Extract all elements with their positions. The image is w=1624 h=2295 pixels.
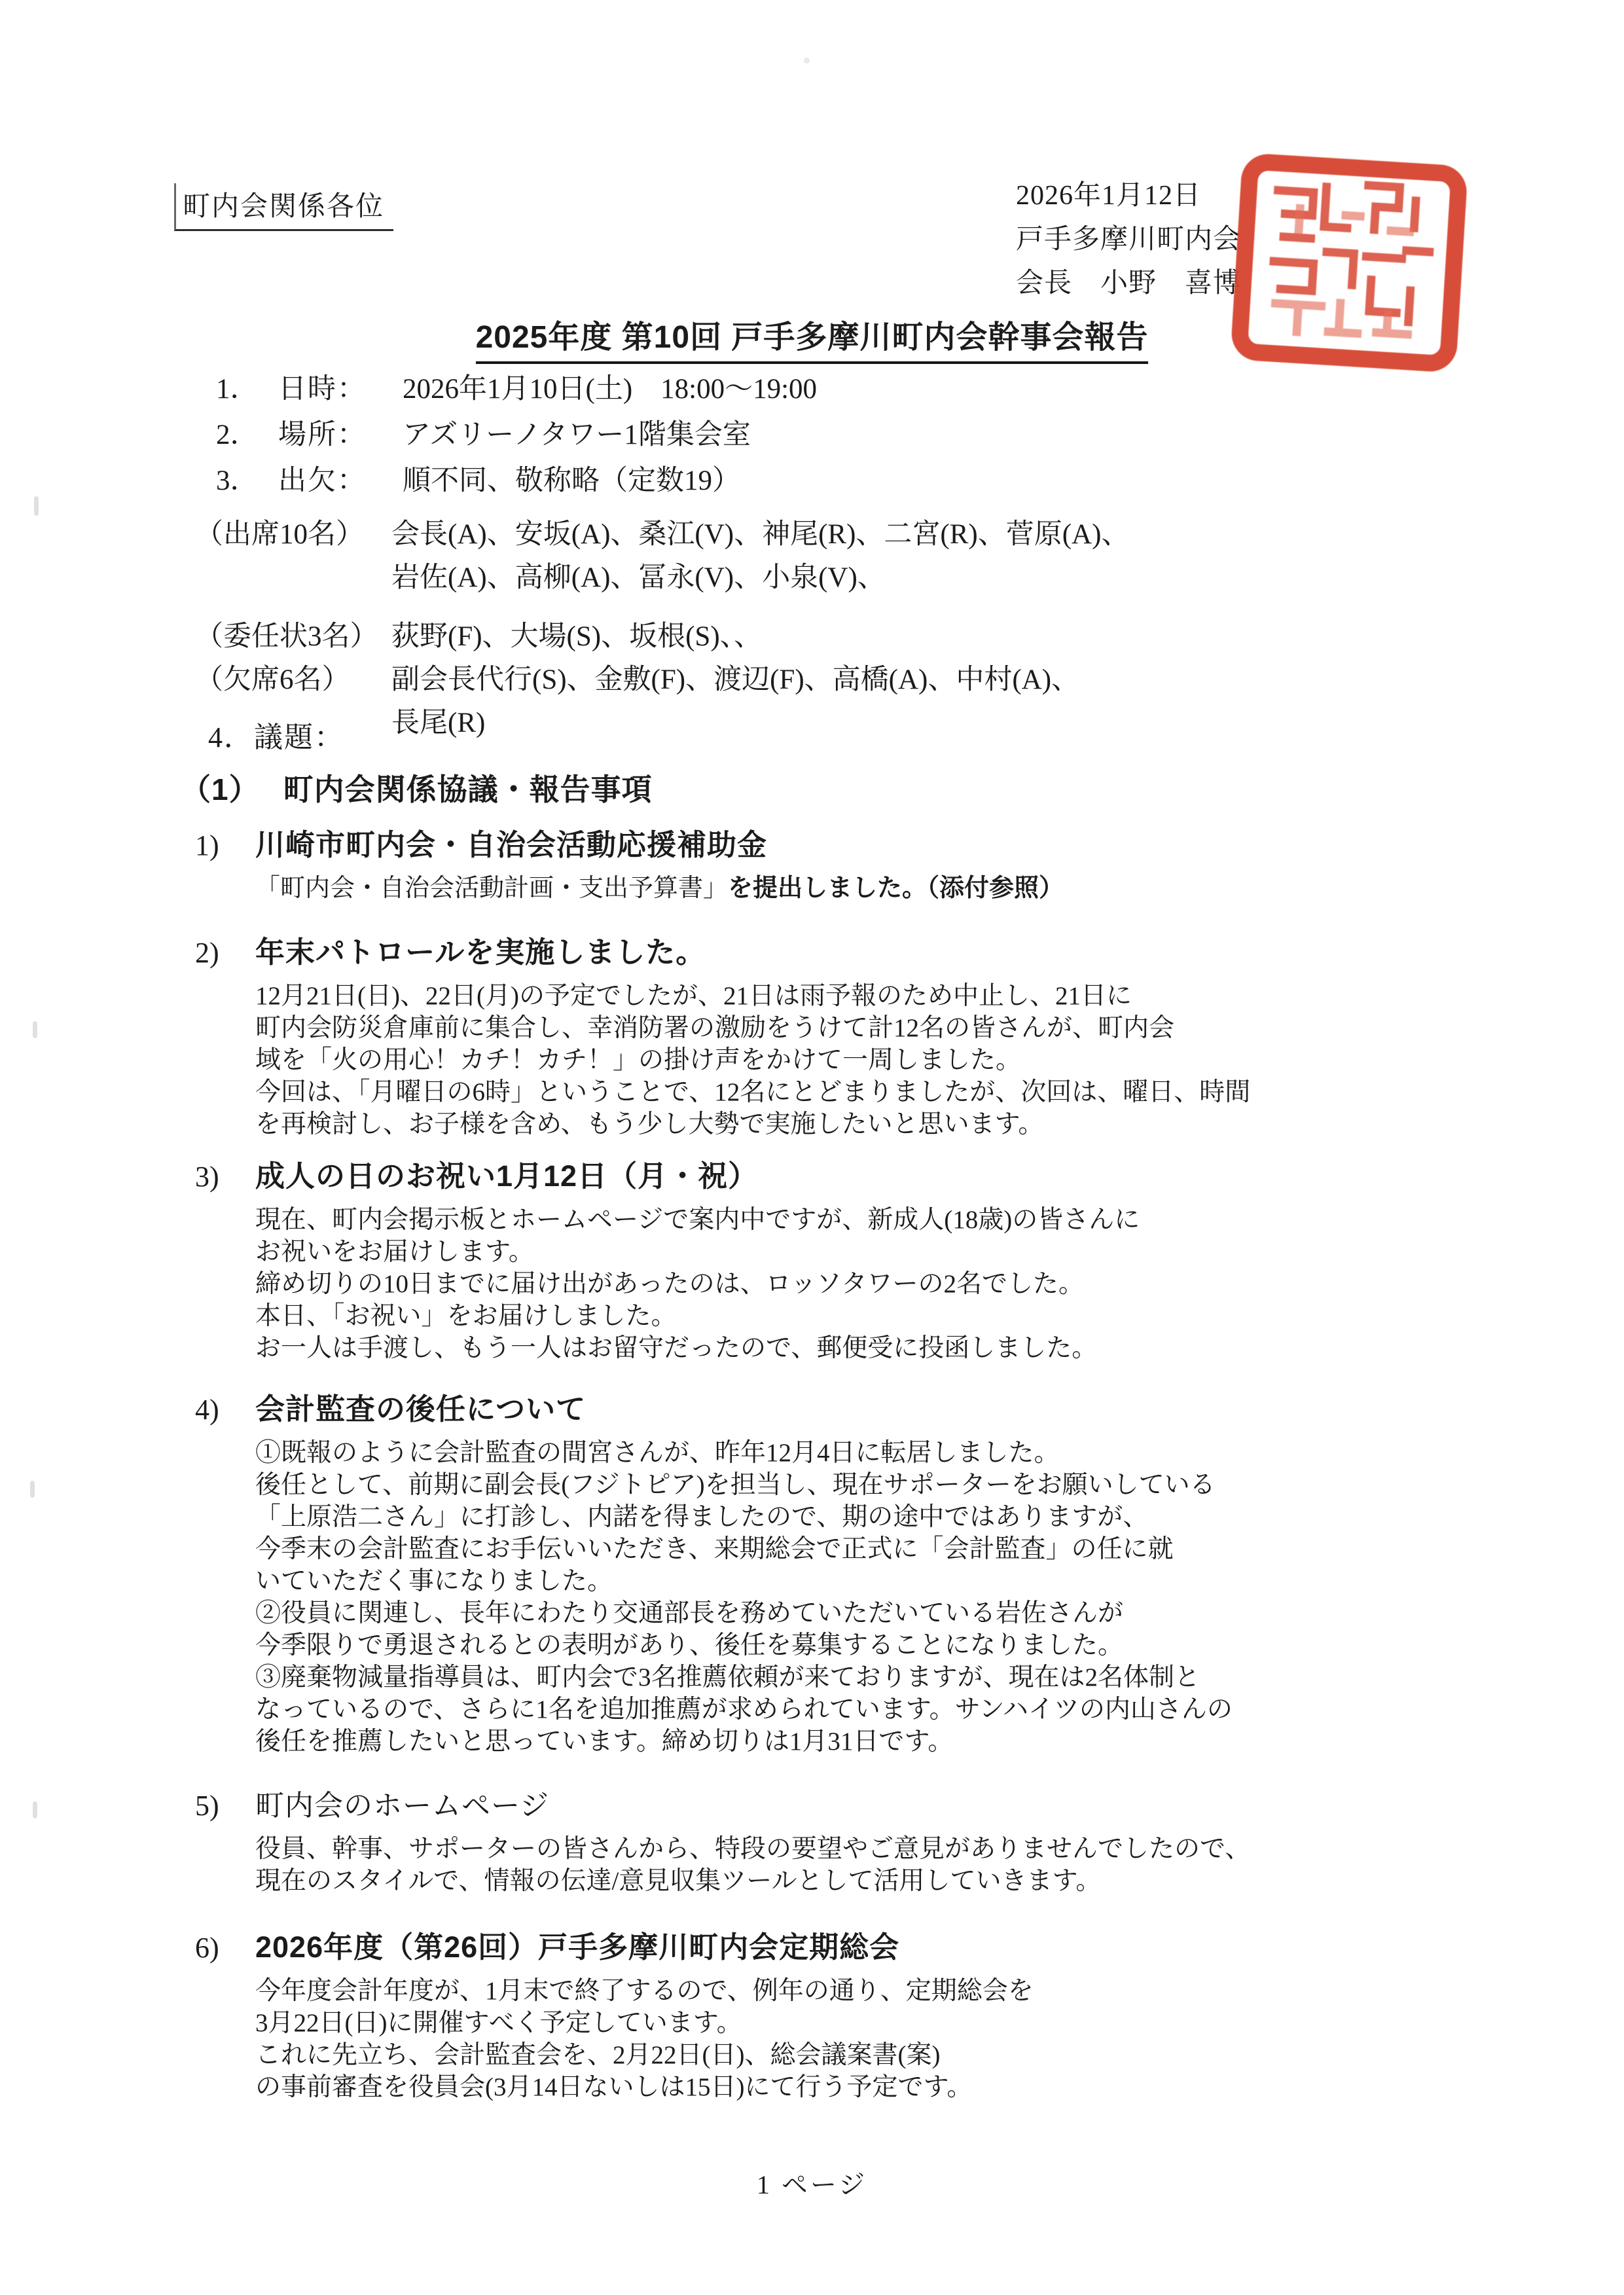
item-body-line: 「町内会・自治会活動計画・支出予算書」を提出しました。（添付参照） — [255, 867, 1064, 903]
attendance-line: 荻野(F)、大場(S)、坂根(S)、、 — [391, 615, 762, 659]
meta-value: アズリーノタワー1階集会室 — [403, 420, 751, 450]
item-title: 成人の日のお祝い1月12日（月・祝） — [255, 1152, 758, 1195]
item-body: 現在、町内会掲示板とホームページで案内中ですが、新成人(18歳)の皆さんに お祝… — [255, 1204, 1140, 1364]
item-number: 2) — [195, 936, 255, 969]
scan-artifact — [30, 1481, 35, 1498]
body-line: の事前審査を役員会(3月14日ないしは15日)にて行う予定です。 — [255, 2071, 1034, 2103]
item-body: ①既報のように会計監査の間宮さんが、昨年12月4日に転居しました。 後任として、… — [255, 1437, 1233, 1758]
attendance-proxy-row: （委任状3名） 荻野(F)、大場(S)、坂根(S)、、 — [195, 615, 1129, 659]
body-line: 後任を推薦したいと思っています。締め切りは1月31日です。 — [255, 1726, 1233, 1758]
item-number: 6) — [195, 1931, 255, 1964]
body-line: 現在、町内会掲示板とホームページで案内中ですが、新成人(18歳)の皆さんに — [255, 1204, 1140, 1236]
meta-row-attendance: 3．出欠：順不同、敬称略（定数19） — [216, 458, 817, 504]
attendance-line: 長尾(R) — [391, 702, 1129, 745]
body-line: いていただく事になりました。 — [255, 1565, 1233, 1597]
body-line: 締め切りの10日までに届け出があったのは、ロッソタワーの2名でした。 — [255, 1268, 1140, 1300]
body-line: 今回は、「月曜日の6時」ということで、12名にとどまりましたが、次回は、曜日、時… — [255, 1076, 1250, 1108]
item-head: 2) 年末パトロールを実施しました。 — [195, 928, 1250, 971]
attendance-proxy-label: （委任状3名） — [195, 615, 391, 659]
body-line: 今年度会計年度が、1月末で終了するので、例年の通り、定期総会を — [255, 1975, 1034, 2007]
item-title: 町内会のホームページ — [255, 1782, 549, 1824]
organization-name: 戸手多摩川町内会 — [1016, 218, 1241, 262]
meta-row-place: 2．場所：アズリーノタワー1階集会室 — [216, 412, 817, 458]
agenda-item-5: 5) 町内会のホームページ 役員、幹事、サポーターの皆さんから、特段の要望やご意… — [195, 1782, 1250, 1897]
meta-label: 出欠： — [278, 458, 403, 504]
meta-value: 順不同、敬称略（定数19） — [403, 465, 740, 496]
body-line: ①既報のように会計監査の間宮さんが、昨年12月4日に転居しました。 — [255, 1437, 1233, 1469]
agenda-item-4: 4) 会計監査の後任について ①既報のように会計監査の間宮さんが、昨年12月4日… — [195, 1385, 1233, 1758]
scan-artifact — [34, 496, 39, 516]
body-line: 本日、「お祝い」をお届けしました。 — [255, 1300, 1140, 1332]
attendance-absent-row: （欠席6名） 副会長代行(S)、金敷(F)、渡辺(F)、高橋(A)、中村(A)、 — [195, 659, 1129, 702]
body-line: なっているので、さらに1名を追加推薦が求められています。サンハイツの内山さんの — [255, 1693, 1233, 1726]
meta-value: 2026年1月10日(土) 18:00～19:00 — [403, 374, 817, 405]
item-number: 4) — [195, 1393, 255, 1426]
meta-label: 日時： — [278, 367, 403, 412]
item-body: 今年度会計年度が、1月末で終了するので、例年の通り、定期総会を 3月22日(日)… — [255, 1975, 1034, 2103]
item-head: 3) 成人の日のお祝い1月12日（月・祝） — [195, 1152, 1140, 1195]
meta-number: 1． — [216, 367, 278, 412]
item-number: 3) — [195, 1160, 255, 1193]
meta-number: 2． — [216, 412, 278, 458]
scanned-report-page: 町内会関係各位 2026年1月12日 戸手多摩川町内会 会長 小野 喜博 — [0, 0, 1624, 2295]
body-line: 「上原浩二さん」に打診し、内諾を得ましたので、期の途中ではありますが、 — [255, 1501, 1233, 1533]
agenda-item-2: 2) 年末パトロールを実施しました。 12月21日(日)、22日(月)の予定でし… — [195, 928, 1250, 1140]
scan-artifact — [804, 58, 810, 63]
item-body: 12月21日(日)、22日(月)の予定でしたが、21日は雨予報のため中止し、21… — [255, 980, 1250, 1140]
attendance-line: 会長(A)、安坂(A)、桑江(V)、神尾(R)、二宮(R)、菅原(A)、 — [391, 513, 1129, 556]
attendance-line: 副会長代行(S)、金敷(F)、渡辺(F)、高橋(A)、中村(A)、 — [391, 659, 1079, 702]
body-line: 域を「火の用心！カチ！カチ！」の掛け声をかけて一周しました。 — [255, 1044, 1250, 1076]
item-head: 6) 2026年度（第26回）戸手多摩川町内会定期総会 — [195, 1923, 1034, 1966]
body-line: お一人は手渡し、もう一人はお留守だったので、郵便受に投函しました。 — [255, 1332, 1140, 1364]
sender-block: 2026年1月12日 戸手多摩川町内会 会長 小野 喜博 — [1016, 174, 1241, 306]
addressee: 町内会関係各位 — [174, 183, 393, 231]
item-number: 5) — [195, 1789, 255, 1822]
section-title: 町内会関係協議・報告事項 — [283, 772, 653, 806]
item-title: 会計監査の後任について — [255, 1385, 586, 1428]
meta-row-datetime: 1．日時：2026年1月10日(土) 18:00～19:00 — [216, 367, 817, 412]
body-line: を再検討し、お子様を含め、もう少し大勢で実施したいと思います。 — [255, 1108, 1250, 1140]
body-line: ③廃棄物減量指導員は、町内会で3名推薦依頼が来ておりますが、現在は2名体制と — [255, 1661, 1233, 1693]
body-line: 町内会防災倉庫前に集合し、幸消防署の激励をうけて計12名の皆さんが、町内会 — [255, 1012, 1250, 1044]
item-number: 1) — [195, 829, 255, 862]
attendance-line: 岩佐(A)、高柳(A)、冨永(V)、小泉(V)、 — [391, 556, 1129, 600]
title-row: 2025年度 第10回 戸手多摩川町内会幹事会報告 — [0, 312, 1624, 364]
item-head: 5) 町内会のホームページ — [195, 1782, 1250, 1824]
body-line: 今季末の会計監査にお手伝いいただき、来期総会で正式に「会計監査」の任に就 — [255, 1533, 1233, 1565]
item-title: 2026年度（第26回）戸手多摩川町内会定期総会 — [255, 1923, 899, 1966]
item-body: 役員、幹事、サポーターの皆さんから、特段の要望やご意見がありませんでしたので、 … — [255, 1833, 1250, 1897]
item-title: 川崎市町内会・自治会活動応援補助金 — [255, 821, 767, 863]
scan-artifact — [33, 1801, 37, 1818]
attendance-present-label: （出席10名） — [195, 513, 391, 556]
body-line: 12月21日(日)、22日(月)の予定でしたが、21日は雨予報のため中止し、21… — [255, 980, 1250, 1012]
scan-artifact — [33, 1021, 37, 1038]
item-title: 年末パトロールを実施しました。 — [255, 928, 706, 971]
body-line: お祝いをお届けします。 — [255, 1236, 1140, 1268]
item-head: 1) 川崎市町内会・自治会活動応援補助金 — [195, 821, 1064, 863]
body-line: 3月22日(日)に開催すべく予定しています。 — [255, 2007, 1034, 2039]
agenda-item-3: 3) 成人の日のお祝い1月12日（月・祝） 現在、町内会掲示板とホームページで案… — [195, 1152, 1140, 1364]
attendance-present-row: （出席10名） 会長(A)、安坂(A)、桑江(V)、神尾(R)、二宮(R)、菅原… — [195, 513, 1129, 556]
report-title: 2025年度 第10回 戸手多摩川町内会幹事会報告 — [476, 312, 1149, 364]
section-heading: （1）町内会関係協議・報告事項 — [181, 766, 653, 809]
body-line: 現在のスタイルで、情報の伝達/意見収集ツールとして活用していきます。 — [255, 1865, 1250, 1897]
section-number: （1） — [181, 772, 260, 806]
page-footer: 1 ページ — [0, 2164, 1624, 2201]
meta-number: 3． — [216, 458, 278, 504]
attendance-block: （出席10名） 会長(A)、安坂(A)、桑江(V)、神尾(R)、二宮(R)、菅原… — [195, 513, 1129, 745]
meeting-meta: 1．日時：2026年1月10日(土) 18:00～19:00 2．場所：アズリー… — [216, 367, 817, 504]
body-line: 後任として、前期に副会長(フジトピア)を担当し、現在サポーターをお願いしている — [255, 1469, 1233, 1501]
agenda-item-6: 6) 2026年度（第26回）戸手多摩川町内会定期総会 今年度会計年度が、1月末… — [195, 1923, 1034, 2103]
body-line: これに先立ち、会計監査会を、2月22日(日)、総会議案書(案) — [255, 2039, 1034, 2071]
meta-label: 場所： — [278, 412, 403, 458]
issue-date: 2026年1月12日 — [1016, 174, 1241, 218]
body-line: 今季限りで勇退されるとの表明があり、後任を募集することになりました。 — [255, 1629, 1233, 1661]
attendance-absent-label: （欠席6名） — [195, 659, 391, 702]
item-head: 4) 会計監査の後任について — [195, 1385, 1233, 1428]
attachment-note-bold: を提出しました。（添付参照） — [728, 875, 1064, 902]
body-line: 役員、幹事、サポーターの皆さんから、特段の要望やご意見がありませんでしたので、 — [255, 1833, 1250, 1865]
body-line: ②役員に関連し、長年にわたり交通部長を務めていただいている岩佐さんが — [255, 1597, 1233, 1629]
agenda-heading: 4．議題： — [208, 714, 344, 755]
author-name: 会長 小野 喜博 — [1016, 262, 1241, 306]
attachment-note-normal: 「町内会・自治会活動計画・支出予算書」 — [255, 875, 728, 902]
agenda-item-1: 1) 川崎市町内会・自治会活動応援補助金 「町内会・自治会活動計画・支出予算書」… — [195, 821, 1064, 903]
